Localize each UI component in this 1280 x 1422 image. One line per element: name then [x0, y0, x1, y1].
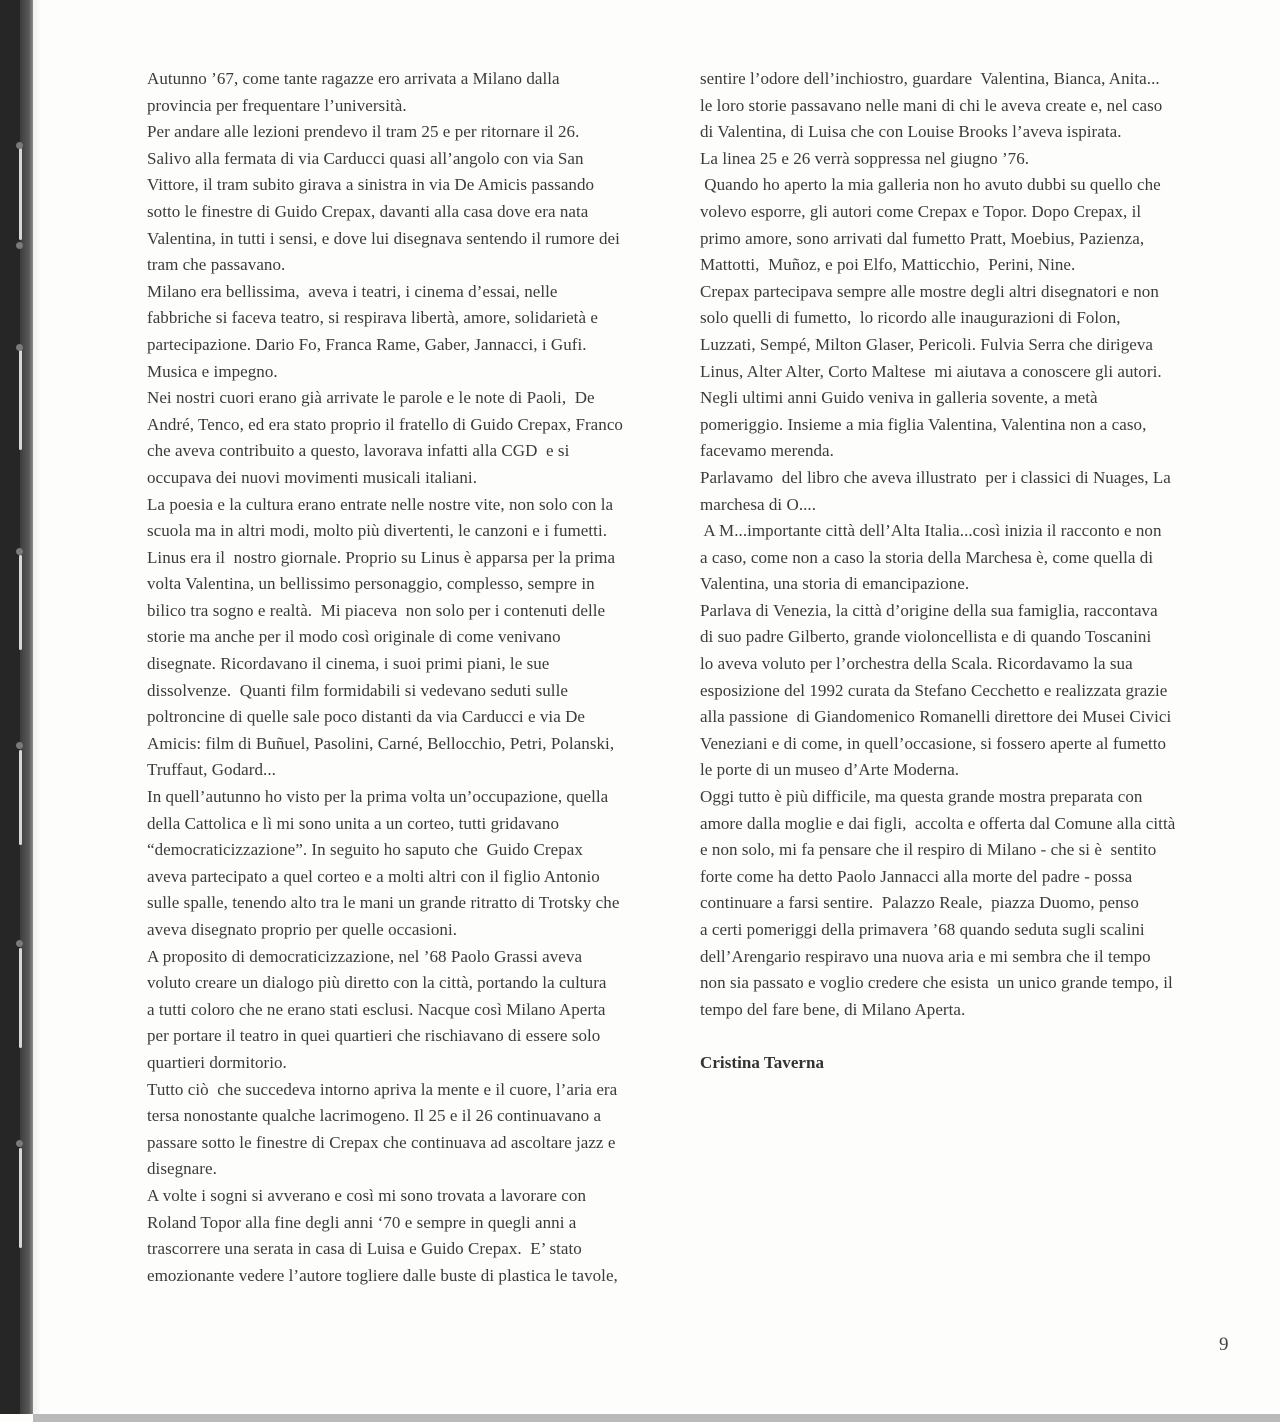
- text-line: emozionante vedere l’autore togliere dal…: [147, 1263, 667, 1290]
- text-line: occupava dei nuovi movimenti musicali it…: [147, 465, 667, 492]
- text-line: sulle spalle, tenendo alto tra le mani u…: [147, 890, 667, 917]
- text-line: continuare a farsi sentire. Palazzo Real…: [700, 890, 1220, 917]
- text-line: Salivo alla fermata di via Carducci quas…: [147, 146, 667, 173]
- text-line: Truffaut, Godard...: [147, 757, 667, 784]
- text-line: poltroncine di quelle sale poco distanti…: [147, 704, 667, 731]
- text-line: volevo esporre, gli autori come Crepax e…: [700, 199, 1220, 226]
- text-line: A volte i sogni si avverano e così mi so…: [147, 1183, 667, 1210]
- text-line: della Cattolica e lì mi sono unita a un …: [147, 811, 667, 838]
- text-line: a certi pomeriggi della primavera ’68 qu…: [700, 917, 1220, 944]
- text-line: Negli ultimi anni Guido veniva in galler…: [700, 385, 1220, 412]
- text-line: sentire l’odore dell’inchiostro, guardar…: [700, 66, 1220, 93]
- text-line: facevamo merenda.: [700, 438, 1220, 465]
- text-line: quartieri dormitorio.: [147, 1050, 667, 1077]
- text-line: Musica e impegno.: [147, 359, 667, 386]
- text-line: A M...importante città dell’Alta Italia.…: [700, 518, 1220, 545]
- text-line: a caso, come non a caso la storia della …: [700, 545, 1220, 572]
- text-line: scuola ma in altri modi, molto più diver…: [147, 518, 667, 545]
- text-line: trascorrere una serata in casa di Luisa …: [147, 1236, 667, 1263]
- text-line: primo amore, sono arrivati dal fumetto P…: [700, 226, 1220, 253]
- text-line: A proposito di democraticizzazione, nel …: [147, 944, 667, 971]
- text-line: Tutto ciò che succedeva intorno apriva l…: [147, 1077, 667, 1104]
- text-line: Milano era bellissima, aveva i teatri, i…: [147, 279, 667, 306]
- text-line: Linus era il nostro giornale. Proprio su…: [147, 545, 667, 572]
- text-line: Autunno ’67, come tante ragazze ero arri…: [147, 66, 667, 93]
- text-line: per portare il teatro in quei quartieri …: [147, 1023, 667, 1050]
- text-line: Vittore, il tram subito girava a sinistr…: [147, 172, 667, 199]
- text-line: Parlava di Venezia, la città d’origine d…: [700, 598, 1220, 625]
- text-line: La poesia e la cultura erano entrate nel…: [147, 492, 667, 519]
- text-line: le porte di un museo d’Arte Moderna.: [700, 757, 1220, 784]
- text-line: André, Tenco, ed era stato proprio il fr…: [147, 412, 667, 439]
- text-line: Luzzati, Sempé, Milton Glaser, Pericoli.…: [700, 332, 1220, 359]
- text-line: Mattotti, Muñoz, e poi Elfo, Matticchio,…: [700, 252, 1220, 279]
- text-line: sotto le finestre di Guido Crepax, davan…: [147, 199, 667, 226]
- text-line: passare sotto le finestre di Crepax che …: [147, 1130, 667, 1157]
- binding-stitch-knot: [16, 548, 23, 555]
- text-line: che aveva contribuito a questo, lavorava…: [147, 438, 667, 465]
- text-line: fabbriche si faceva teatro, si respirava…: [147, 305, 667, 332]
- text-line: In quell’autunno ho visto per la prima v…: [147, 784, 667, 811]
- text-line: Quando ho aperto la mia galleria non ho …: [700, 172, 1220, 199]
- book-binding: [0, 0, 20, 1414]
- text-line: solo quelli di fumetto, lo ricordo alle …: [700, 305, 1220, 332]
- text-line: a tutti coloro che ne erano stati esclus…: [147, 997, 667, 1024]
- text-line: pomeriggio. Insieme a mia figlia Valenti…: [700, 412, 1220, 439]
- text-line: dissolvenze. Quanti film formidabili si …: [147, 678, 667, 705]
- text-line: Nei nostri cuori erano già arrivate le p…: [147, 385, 667, 412]
- text-line: Crepax partecipava sempre alle mostre de…: [700, 279, 1220, 306]
- text-line: Valentina, in tutti i sensi, e dove lui …: [147, 226, 667, 253]
- text-line: Valentina, una storia di emancipazione.: [700, 571, 1220, 598]
- text-line: disegnate. Ricordavano il cinema, i suoi…: [147, 651, 667, 678]
- text-line: amore dalla moglie e dai figli, accolta …: [700, 811, 1220, 838]
- binding-stitch: [19, 555, 22, 650]
- text-line: forte come ha detto Paolo Jannacci alla …: [700, 864, 1220, 891]
- text-line: bilico tra sogno e realtà. Mi piaceva no…: [147, 598, 667, 625]
- text-line: Oggi tutto è più difficile, ma questa gr…: [700, 784, 1220, 811]
- text-line: disegnare.: [147, 1156, 667, 1183]
- text-line: le loro storie passavano nelle mani di c…: [700, 93, 1220, 120]
- text-line: di suo padre Gilberto, grande violoncell…: [700, 624, 1220, 651]
- binding-stitch: [19, 1148, 22, 1248]
- text-line: Roland Topor alla fine degli anni ‘70 e …: [147, 1210, 667, 1237]
- text-line: Amicis: film di Buñuel, Pasolini, Carné,…: [147, 731, 667, 758]
- text-column-left: Autunno ’67, come tante ragazze ero arri…: [147, 66, 667, 1289]
- text-line: Veneziani e di come, in quell’occasione,…: [700, 731, 1220, 758]
- binding-stitch: [19, 750, 22, 845]
- text-line: Parlavamo del libro che aveva illustrato…: [700, 465, 1220, 492]
- text-line: tram che passavano.: [147, 252, 667, 279]
- page-number: 9: [1219, 1334, 1229, 1356]
- binding-stitch-knot: [16, 344, 23, 351]
- binding-stitch-knot: [16, 940, 23, 947]
- binding-stitch-knot: [16, 1140, 23, 1147]
- binding-stitch: [19, 948, 22, 1048]
- text-column-right: sentire l’odore dell’inchiostro, guardar…: [700, 66, 1220, 1077]
- text-line: lo aveva voluto per l’orchestra della Sc…: [700, 651, 1220, 678]
- text-line: aveva disegnato proprio per quelle occas…: [147, 917, 667, 944]
- text-line: di Valentina, di Luisa che con Louise Br…: [700, 119, 1220, 146]
- text-line: Linus, Alter Alter, Corto Maltese mi aiu…: [700, 359, 1220, 386]
- text-line: e non solo, mi fa pensare che il respiro…: [700, 837, 1220, 864]
- binding-stitch: [19, 148, 22, 240]
- text-line: Per andare alle lezioni prendevo il tram…: [147, 119, 667, 146]
- text-line: marchesa di O....: [700, 492, 1220, 519]
- page-bottom-edge: [33, 1414, 1280, 1422]
- binding-stitch-knot: [16, 142, 23, 149]
- page-gutter-shadow: [33, 0, 41, 1414]
- text-line: La linea 25 e 26 verrà soppressa nel giu…: [700, 146, 1220, 173]
- text-line: dell’Arengario respiravo una nuova aria …: [700, 944, 1220, 971]
- text-line: tempo del fare bene, di Milano Aperta.: [700, 997, 1220, 1024]
- author-signature: Cristina Taverna: [700, 1050, 1220, 1077]
- text-line: tersa nonostante qualche lacrimogeno. Il…: [147, 1103, 667, 1130]
- text-line: alla passione di Giandomenico Romanelli …: [700, 704, 1220, 731]
- binding-stitch: [19, 350, 22, 450]
- text-line: storie ma anche per il modo così origina…: [147, 624, 667, 651]
- binding-stitch-knot: [16, 242, 23, 249]
- text-line: esposizione del 1992 curata da Stefano C…: [700, 678, 1220, 705]
- text-line: voluto creare un dialogo più diretto con…: [147, 970, 667, 997]
- text-line: partecipazione. Dario Fo, Franca Rame, G…: [147, 332, 667, 359]
- text-line: provincia per frequentare l’università.: [147, 93, 667, 120]
- text-line: “democraticizzazione”. In seguito ho sap…: [147, 837, 667, 864]
- text-line: volta Valentina, un bellissimo personagg…: [147, 571, 667, 598]
- text-line: non sia passato e voglio credere che esi…: [700, 970, 1220, 997]
- text-line: aveva partecipato a quel corteo e a molt…: [147, 864, 667, 891]
- binding-stitch-knot: [16, 742, 23, 749]
